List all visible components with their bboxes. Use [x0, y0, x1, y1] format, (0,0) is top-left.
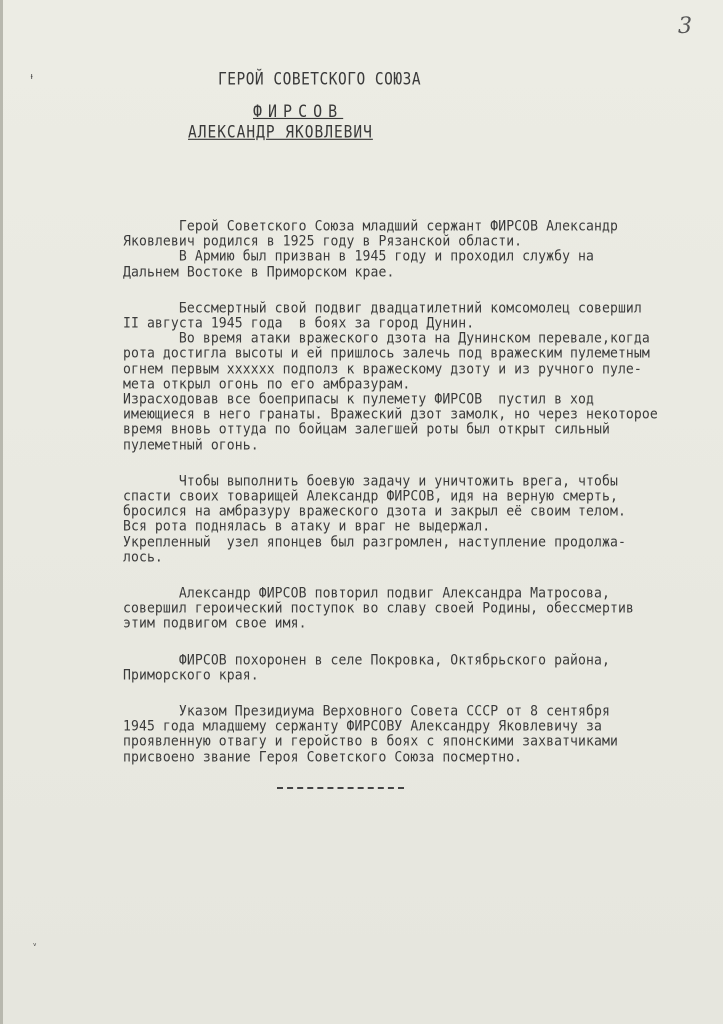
- paragraph-gap: [123, 452, 723, 475]
- page-edge: [0, 0, 3, 1024]
- document-page: 3 ᵼ ᵥ ГЕРОЙ СОВЕТСКОГО СОЮЗА ФИРСОВ АЛЕК…: [0, 0, 723, 1024]
- text-line: В Армию был призван в 1945 году и проход…: [123, 249, 723, 265]
- paragraph-gap: [123, 279, 723, 302]
- text-line: Израсходовав все боеприпасы к пулемету Ф…: [123, 391, 723, 407]
- text-line: время вновь оттуда по бойцам залегшей ро…: [123, 422, 723, 438]
- text-line: Герой Советского Союза младший сержант Ф…: [123, 218, 723, 234]
- text-line: ФИРСОВ похоронен в селе Покровка, Октябр…: [123, 652, 723, 668]
- margin-mark: ᵼ: [29, 72, 34, 82]
- text-line: огнем первым хххххх подполз к вражескому…: [123, 361, 723, 377]
- handwritten-page-number: 3: [678, 14, 692, 39]
- text-line: проявленную отвагу и геройство в боях с …: [123, 734, 723, 750]
- text-line: Чтобы выполнить боевую задачу и уничтожи…: [123, 473, 723, 489]
- paragraph-gap: [123, 631, 723, 654]
- hero-surname: ФИРСОВ: [253, 101, 723, 122]
- closing-separator-line: [277, 787, 404, 789]
- text-line: этим подвигом свое имя.: [123, 616, 723, 632]
- text-line: присвоено звание Героя Советского Союза …: [123, 749, 723, 765]
- text-line: Бессмертный свой подвиг двадцатилетний к…: [123, 300, 723, 316]
- document-title: ГЕРОЙ СОВЕТСКОГО СОЮЗА: [218, 71, 723, 89]
- hero-full-name: АЛЕКСАНДР ЯКОВЛЕВИЧ: [188, 124, 723, 142]
- typewritten-body: Герой Советского Союза младший сержант Ф…: [123, 219, 723, 765]
- paragraph-gap: [123, 564, 723, 587]
- text-line: Вся рота поднялась в атаку и враг не выд…: [123, 519, 723, 535]
- text-line: мета открыл огонь по его амбразурам.: [123, 376, 723, 392]
- text-line: рота достигла высоты и ей пришлось залеч…: [123, 346, 723, 362]
- text-line: II августа 1945 года в боях за город Дун…: [123, 315, 723, 331]
- text-line: Укрепленный узел японцев был разгромлен,…: [123, 534, 723, 550]
- paragraph-gap: [123, 682, 723, 705]
- margin-mark: ᵥ: [32, 939, 37, 949]
- text-line: Дальнем Востоке в Приморском крае.: [123, 264, 723, 280]
- text-line: пулеметный огонь.: [123, 437, 723, 453]
- text-line: спасти своих товарищей Александр ФИРСОВ,…: [123, 488, 723, 504]
